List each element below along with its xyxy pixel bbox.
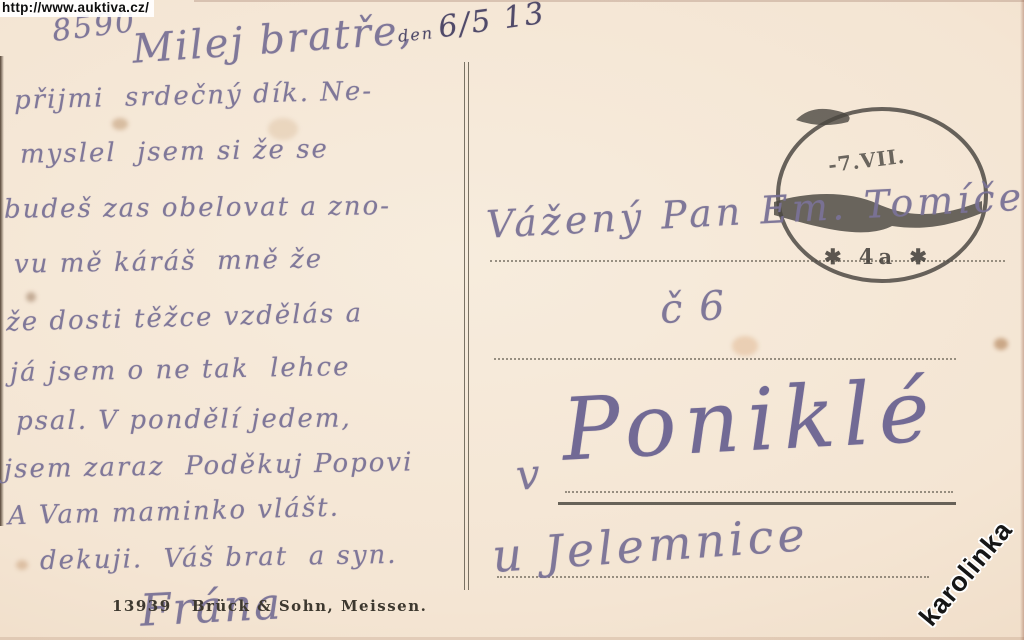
paper-stain [732, 336, 758, 356]
address-place-prefix: v [514, 451, 543, 499]
address-house-number: č 6 [659, 284, 728, 333]
postcard-divider-rule [464, 62, 469, 590]
message-line: A Vam maminko vlášt. [8, 494, 341, 531]
message-line: přijmi srdečný dík. Ne- [14, 77, 374, 115]
address-dotted-line [494, 358, 956, 360]
message-line: budeš zas obelovat a zno- [4, 192, 391, 224]
address-place: Poniklé [560, 364, 940, 478]
paper-stain [26, 292, 36, 302]
handwritten-date-prefix: den [397, 24, 435, 45]
paper-stain [16, 560, 28, 570]
message-line: dekuji. Váš brat a syn. [40, 541, 398, 576]
scan-edge-top [194, 0, 1024, 2]
message-line: psal. V pondělí jedem, [16, 405, 352, 437]
message-line: jsem zaraz Poděkuj Popovi [4, 448, 414, 484]
postmark-office-code: ✱ 4a ✱ [824, 244, 932, 269]
message-line: vu mě káráš mně že [14, 245, 324, 279]
handwritten-date: 6/5 13 [436, 0, 548, 44]
scan-edge-right [1020, 0, 1024, 640]
address-solid-underline [558, 502, 956, 505]
paper-stain [994, 338, 1008, 350]
paper-stain [112, 118, 128, 130]
handwritten-greeting: Milej bratře, [131, 8, 415, 72]
message-line: myslel jsem si že se [20, 135, 329, 169]
postcard-scan: http://www.auktiva.cz/ 8590 Milej bratře… [0, 0, 1024, 640]
address-dotted-line [565, 491, 953, 493]
address-district: u Jelemnice [491, 509, 811, 582]
watermark-url: http://www.auktiva.cz/ [0, 0, 154, 17]
message-line: že dosti těžce vzdělás a [6, 299, 364, 337]
message-line: já jsem o ne tak lehce [10, 353, 351, 388]
brand-overlay-label: karolinka [913, 475, 1024, 633]
postmark-date: -7.VII. [827, 144, 907, 177]
publisher-imprint: 13939 Brück & Sohn, Meissen. [112, 597, 427, 615]
postmark-smudge-top [796, 109, 850, 125]
